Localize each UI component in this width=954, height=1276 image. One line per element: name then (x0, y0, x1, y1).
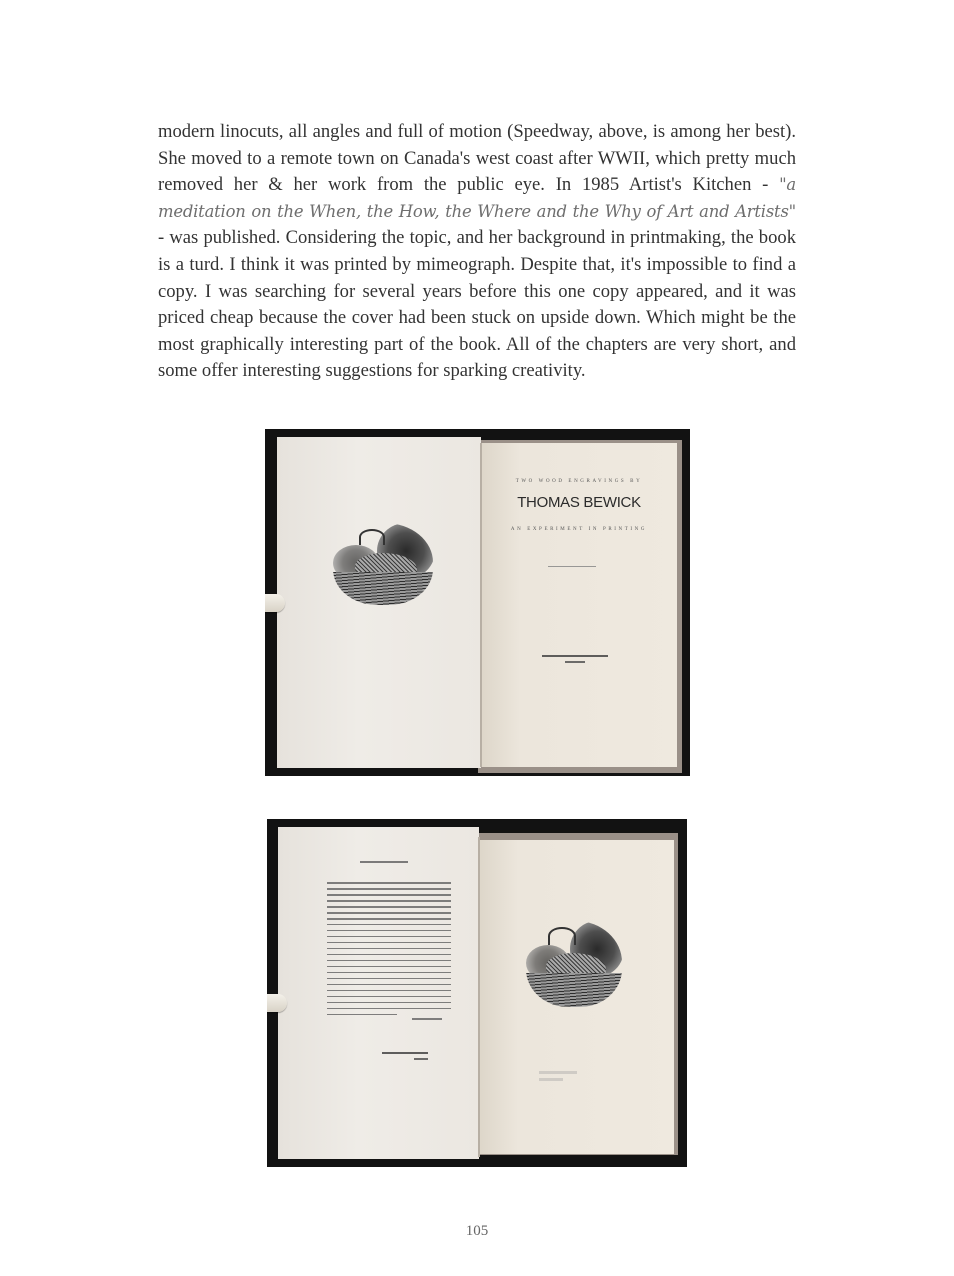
title-page-line1: TWO WOOD ENGRAVINGS BY (481, 479, 677, 484)
left-page-heading (360, 861, 408, 867)
faint-show-through-text (539, 1078, 563, 1081)
left-page-quotation-block (327, 882, 451, 1020)
title-page-subtitle: AN EXPERIMENT IN PRINTING (481, 527, 677, 532)
body-paragraph: modern linocuts, all angles and full of … (158, 119, 796, 385)
book-gutter (478, 837, 480, 1157)
title-page-publisher (542, 655, 608, 667)
document-page: modern linocuts, all angles and full of … (0, 0, 954, 1276)
title-page-title: THOMAS BEWICK (481, 494, 677, 511)
stag-engraving (526, 921, 622, 1007)
body-text-before-quote: modern linocuts, all angles and full of … (158, 121, 796, 195)
faint-show-through-text (539, 1071, 577, 1074)
book-gutter (480, 443, 482, 767)
body-text-after-quote: - was published. Considering the topic, … (158, 227, 796, 381)
thumb (265, 594, 285, 612)
stag-engraving (333, 523, 433, 605)
thumb (267, 994, 287, 1012)
title-page-italic-line (548, 566, 596, 572)
book-photo-text-spread (267, 819, 687, 1167)
page-number: 105 (0, 1223, 954, 1240)
right-page (481, 443, 677, 767)
left-page-imprint (382, 1052, 428, 1064)
book-photo-title-spread: TWO WOOD ENGRAVINGS BY THOMAS BEWICK AN … (265, 429, 690, 776)
quotation-attribution (412, 1018, 442, 1024)
